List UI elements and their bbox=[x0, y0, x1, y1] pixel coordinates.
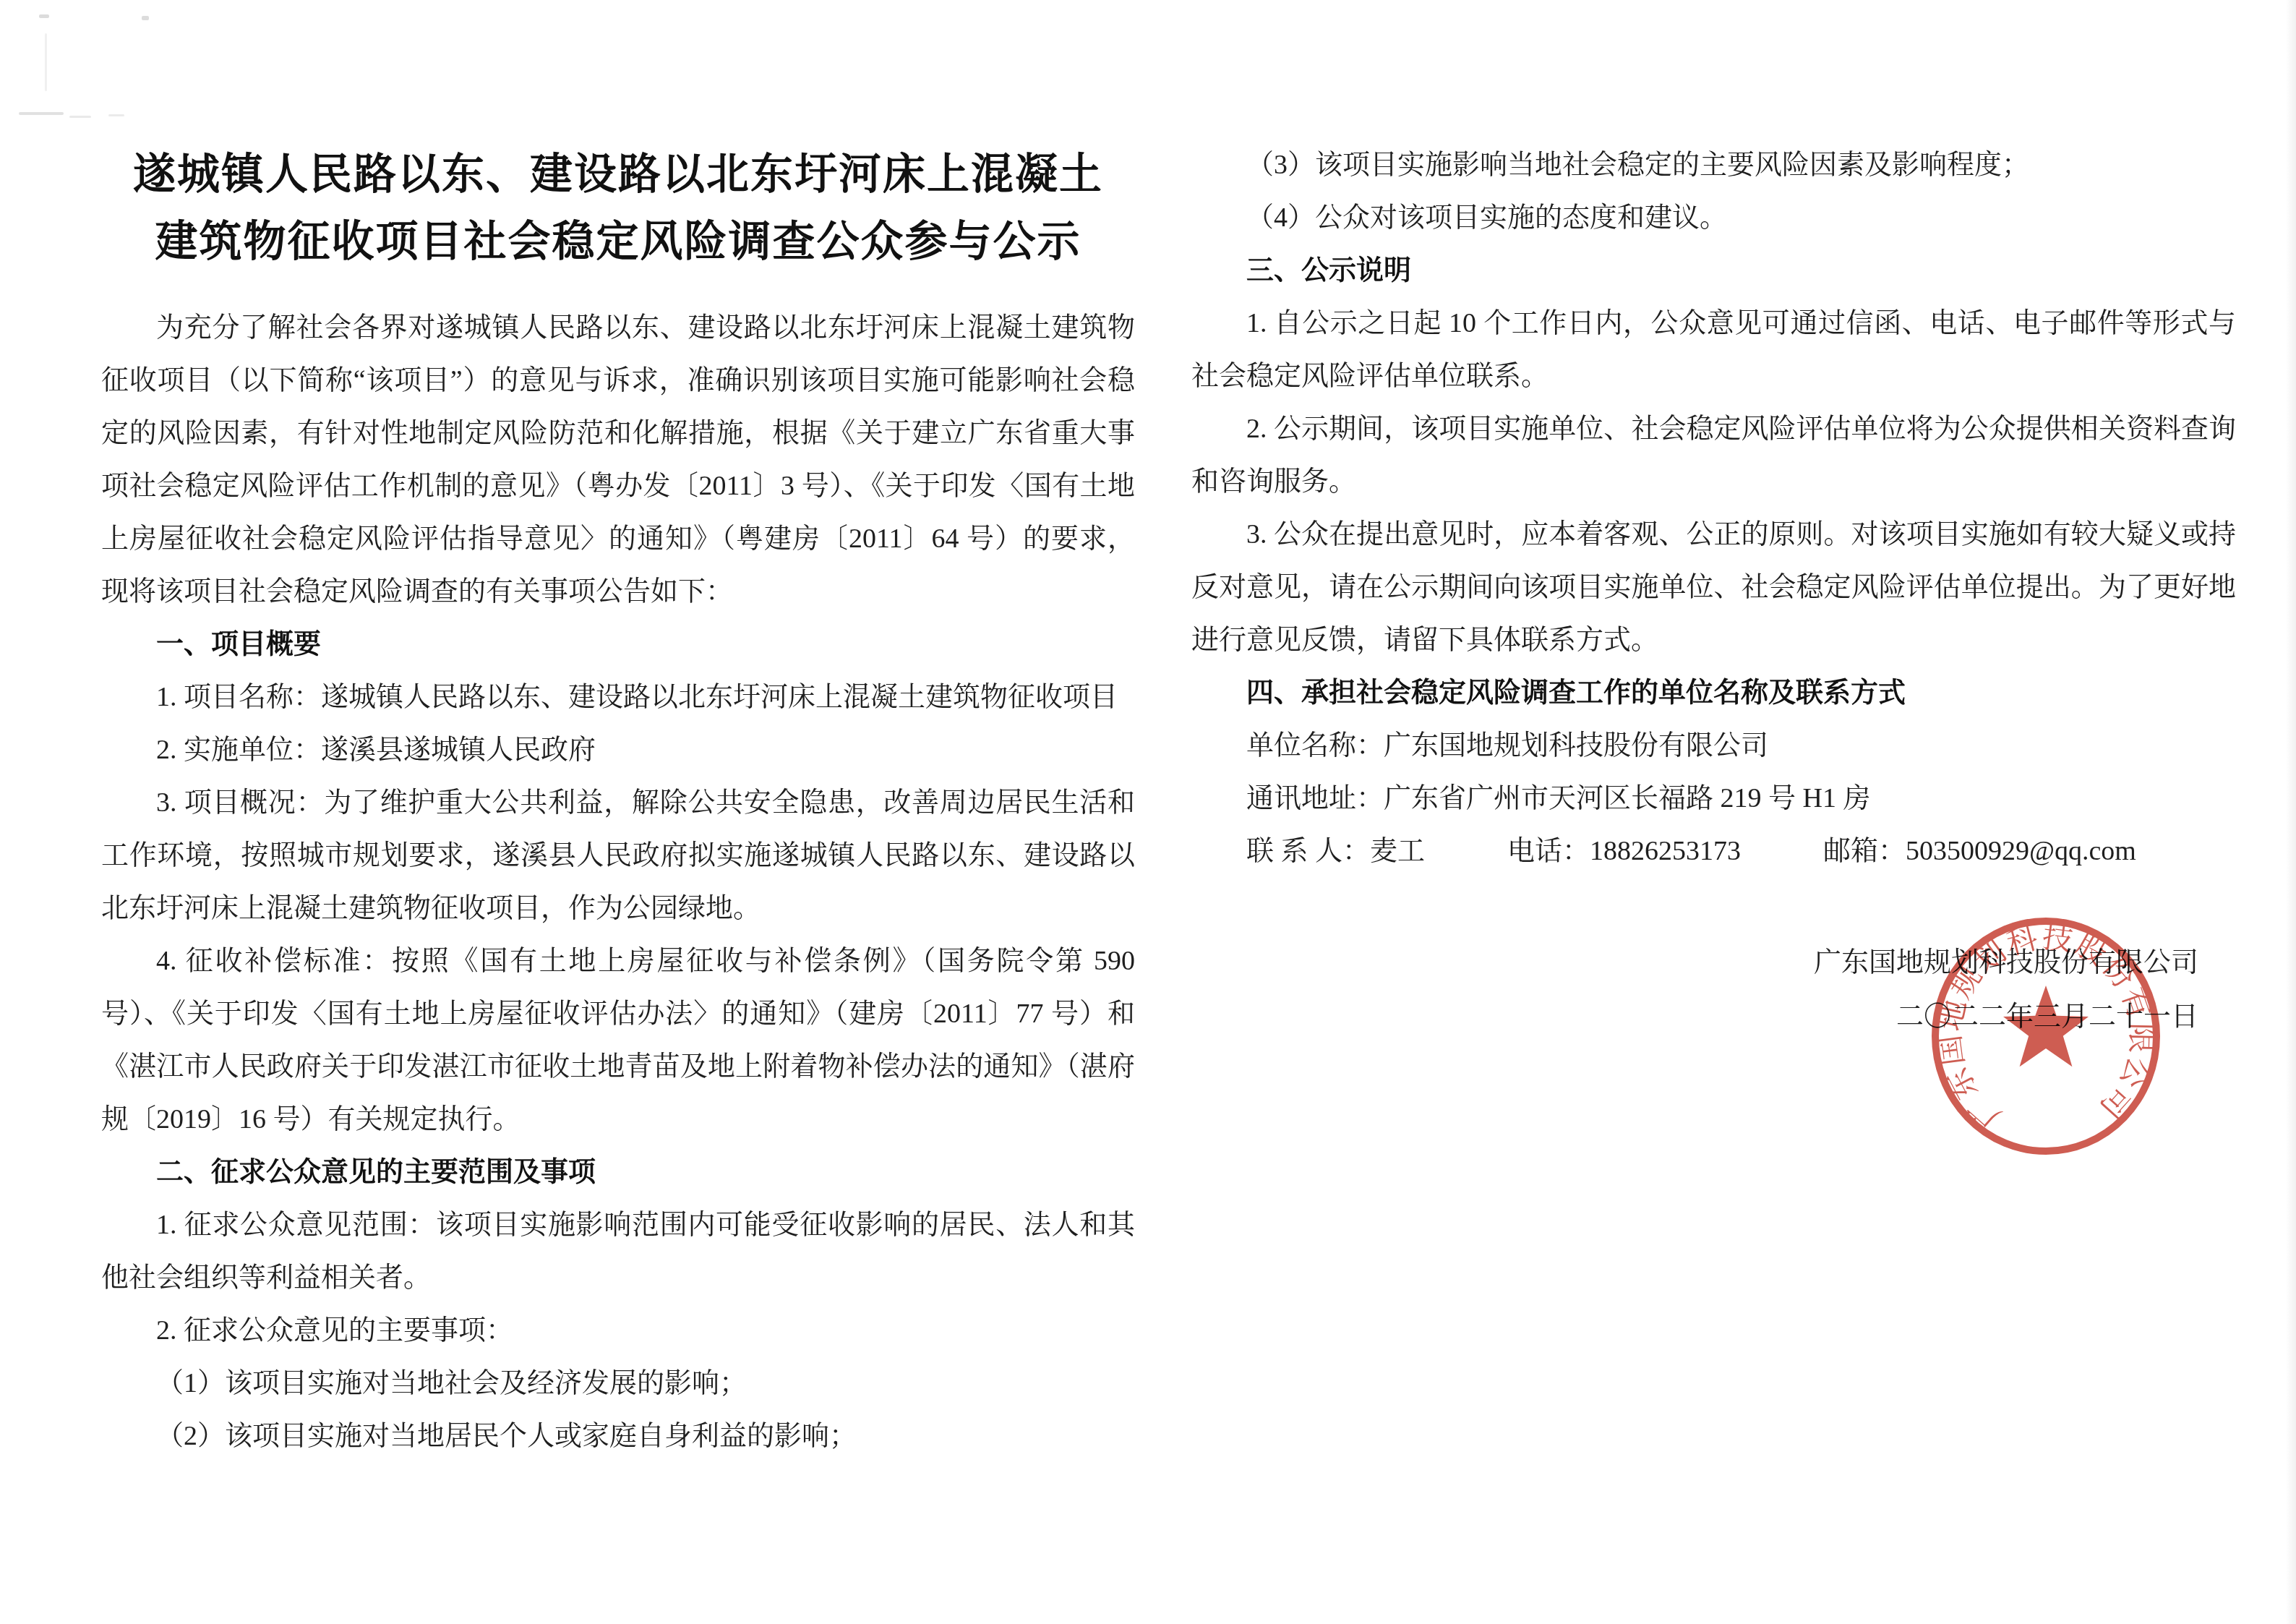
scanned-notice-page: 遂城镇人民路以东、建设路以北东圩河床上混凝土 建筑物征收项目社会稳定风险调查公众… bbox=[0, 0, 2296, 1624]
right-column-paragraphs: （3）该项目实施影响当地社会稳定的主要风险因素及影响程度；（4）公众对该项目实施… bbox=[1191, 139, 2236, 878]
section-heading: 三、公示说明 bbox=[1191, 244, 2236, 297]
document-title: 遂城镇人民路以东、建设路以北东圩河床上混凝土 建筑物征收项目社会稳定风险调查公众… bbox=[101, 141, 1135, 275]
left-column: 遂城镇人民路以东、建设路以北东圩河床上混凝土 建筑物征收项目社会稳定风险调查公众… bbox=[101, 141, 1135, 1463]
paragraph: 3. 项目概况：为了维护重大公共利益，解除公共安全隐患，改善周边居民生活和工作环… bbox=[101, 777, 1135, 935]
paragraph: 4. 征收补偿标准：按照《国有土地上房屋征收与补偿条例》（国务院令第 590 号… bbox=[101, 935, 1135, 1146]
paragraph: （2）该项目实施对当地居民个人或家庭自身利益的影响； bbox=[101, 1410, 1135, 1463]
right-column: （3）该项目实施影响当地社会稳定的主要风险因素及影响程度；（4）公众对该项目实施… bbox=[1191, 139, 2236, 1044]
document-title-line-1: 遂城镇人民路以东、建设路以北东圩河床上混凝土 bbox=[101, 141, 1135, 208]
paragraph: 单位名称：广东国地规划科技股份有限公司 bbox=[1191, 719, 2236, 772]
left-column-paragraphs: 为充分了解社会各界对遂城镇人民路以东、建设路以北东圩河床上混凝土建筑物征收项目（… bbox=[101, 302, 1135, 1463]
scan-artifact bbox=[39, 14, 49, 18]
paragraph: 通讯地址：广东省广州市天河区长福路 219 号 H1 房 bbox=[1191, 772, 2236, 825]
section-heading: 四、承担社会稳定风险调查工作的单位名称及联系方式 bbox=[1191, 667, 2236, 719]
paragraph: 2. 实施单位：遂溪县遂城镇人民政府 bbox=[101, 724, 1135, 777]
paragraph: 联 系 人：麦工 电话：18826253173 邮箱：503500929@qq.… bbox=[1191, 825, 2236, 878]
paragraph: （1）该项目实施对当地社会及经济发展的影响； bbox=[101, 1357, 1135, 1410]
paragraph: 1. 项目名称：遂城镇人民路以东、建设路以北东圩河床上混凝土建筑物征收项目 bbox=[101, 671, 1135, 724]
scan-artifact bbox=[45, 33, 47, 91]
scan-artifact bbox=[142, 16, 149, 20]
signature-date: 二〇二二年三月二十一日 bbox=[1191, 990, 2198, 1044]
paragraph: 2. 征求公众意见的主要事项： bbox=[101, 1304, 1135, 1357]
paragraph: 2. 公示期间，该项目实施单位、社会稳定风险评估单位将为公众提供相关资料查询和咨… bbox=[1191, 403, 2236, 508]
paragraph: （4）公众对该项目实施的态度和建议。 bbox=[1191, 192, 2236, 244]
paragraph: 为充分了解社会各界对遂城镇人民路以东、建设路以北东圩河床上混凝土建筑物征收项目（… bbox=[101, 302, 1135, 618]
scan-artifact bbox=[69, 116, 91, 118]
paragraph: 1. 自公示之日起 10 个工作日内，公众意见可通过信函、电话、电子邮件等形式与… bbox=[1191, 297, 2236, 403]
signature-block: 广东国地规划科技股份有限公司 二〇二二年三月二十一日 bbox=[1191, 936, 2236, 1044]
paragraph: 3. 公众在提出意见时，应本着客观、公正的原则。对该项目实施如有较大疑义或持反对… bbox=[1191, 508, 2236, 667]
document-title-line-2: 建筑物征收项目社会稳定风险调查公众参与公示 bbox=[101, 208, 1135, 275]
paragraph: 1. 征求公众意见范围：该项目实施影响范围内可能受征收影响的居民、法人和其他社会… bbox=[101, 1199, 1135, 1304]
section-heading: 二、征求公众意见的主要范围及事项 bbox=[101, 1146, 1135, 1199]
paragraph: （3）该项目实施影响当地社会稳定的主要风险因素及影响程度； bbox=[1191, 139, 2236, 192]
scan-artifact bbox=[19, 112, 64, 115]
section-heading: 一、项目概要 bbox=[101, 618, 1135, 671]
scan-artifact bbox=[108, 114, 124, 116]
signature-company: 广东国地规划科技股份有限公司 bbox=[1191, 936, 2198, 990]
